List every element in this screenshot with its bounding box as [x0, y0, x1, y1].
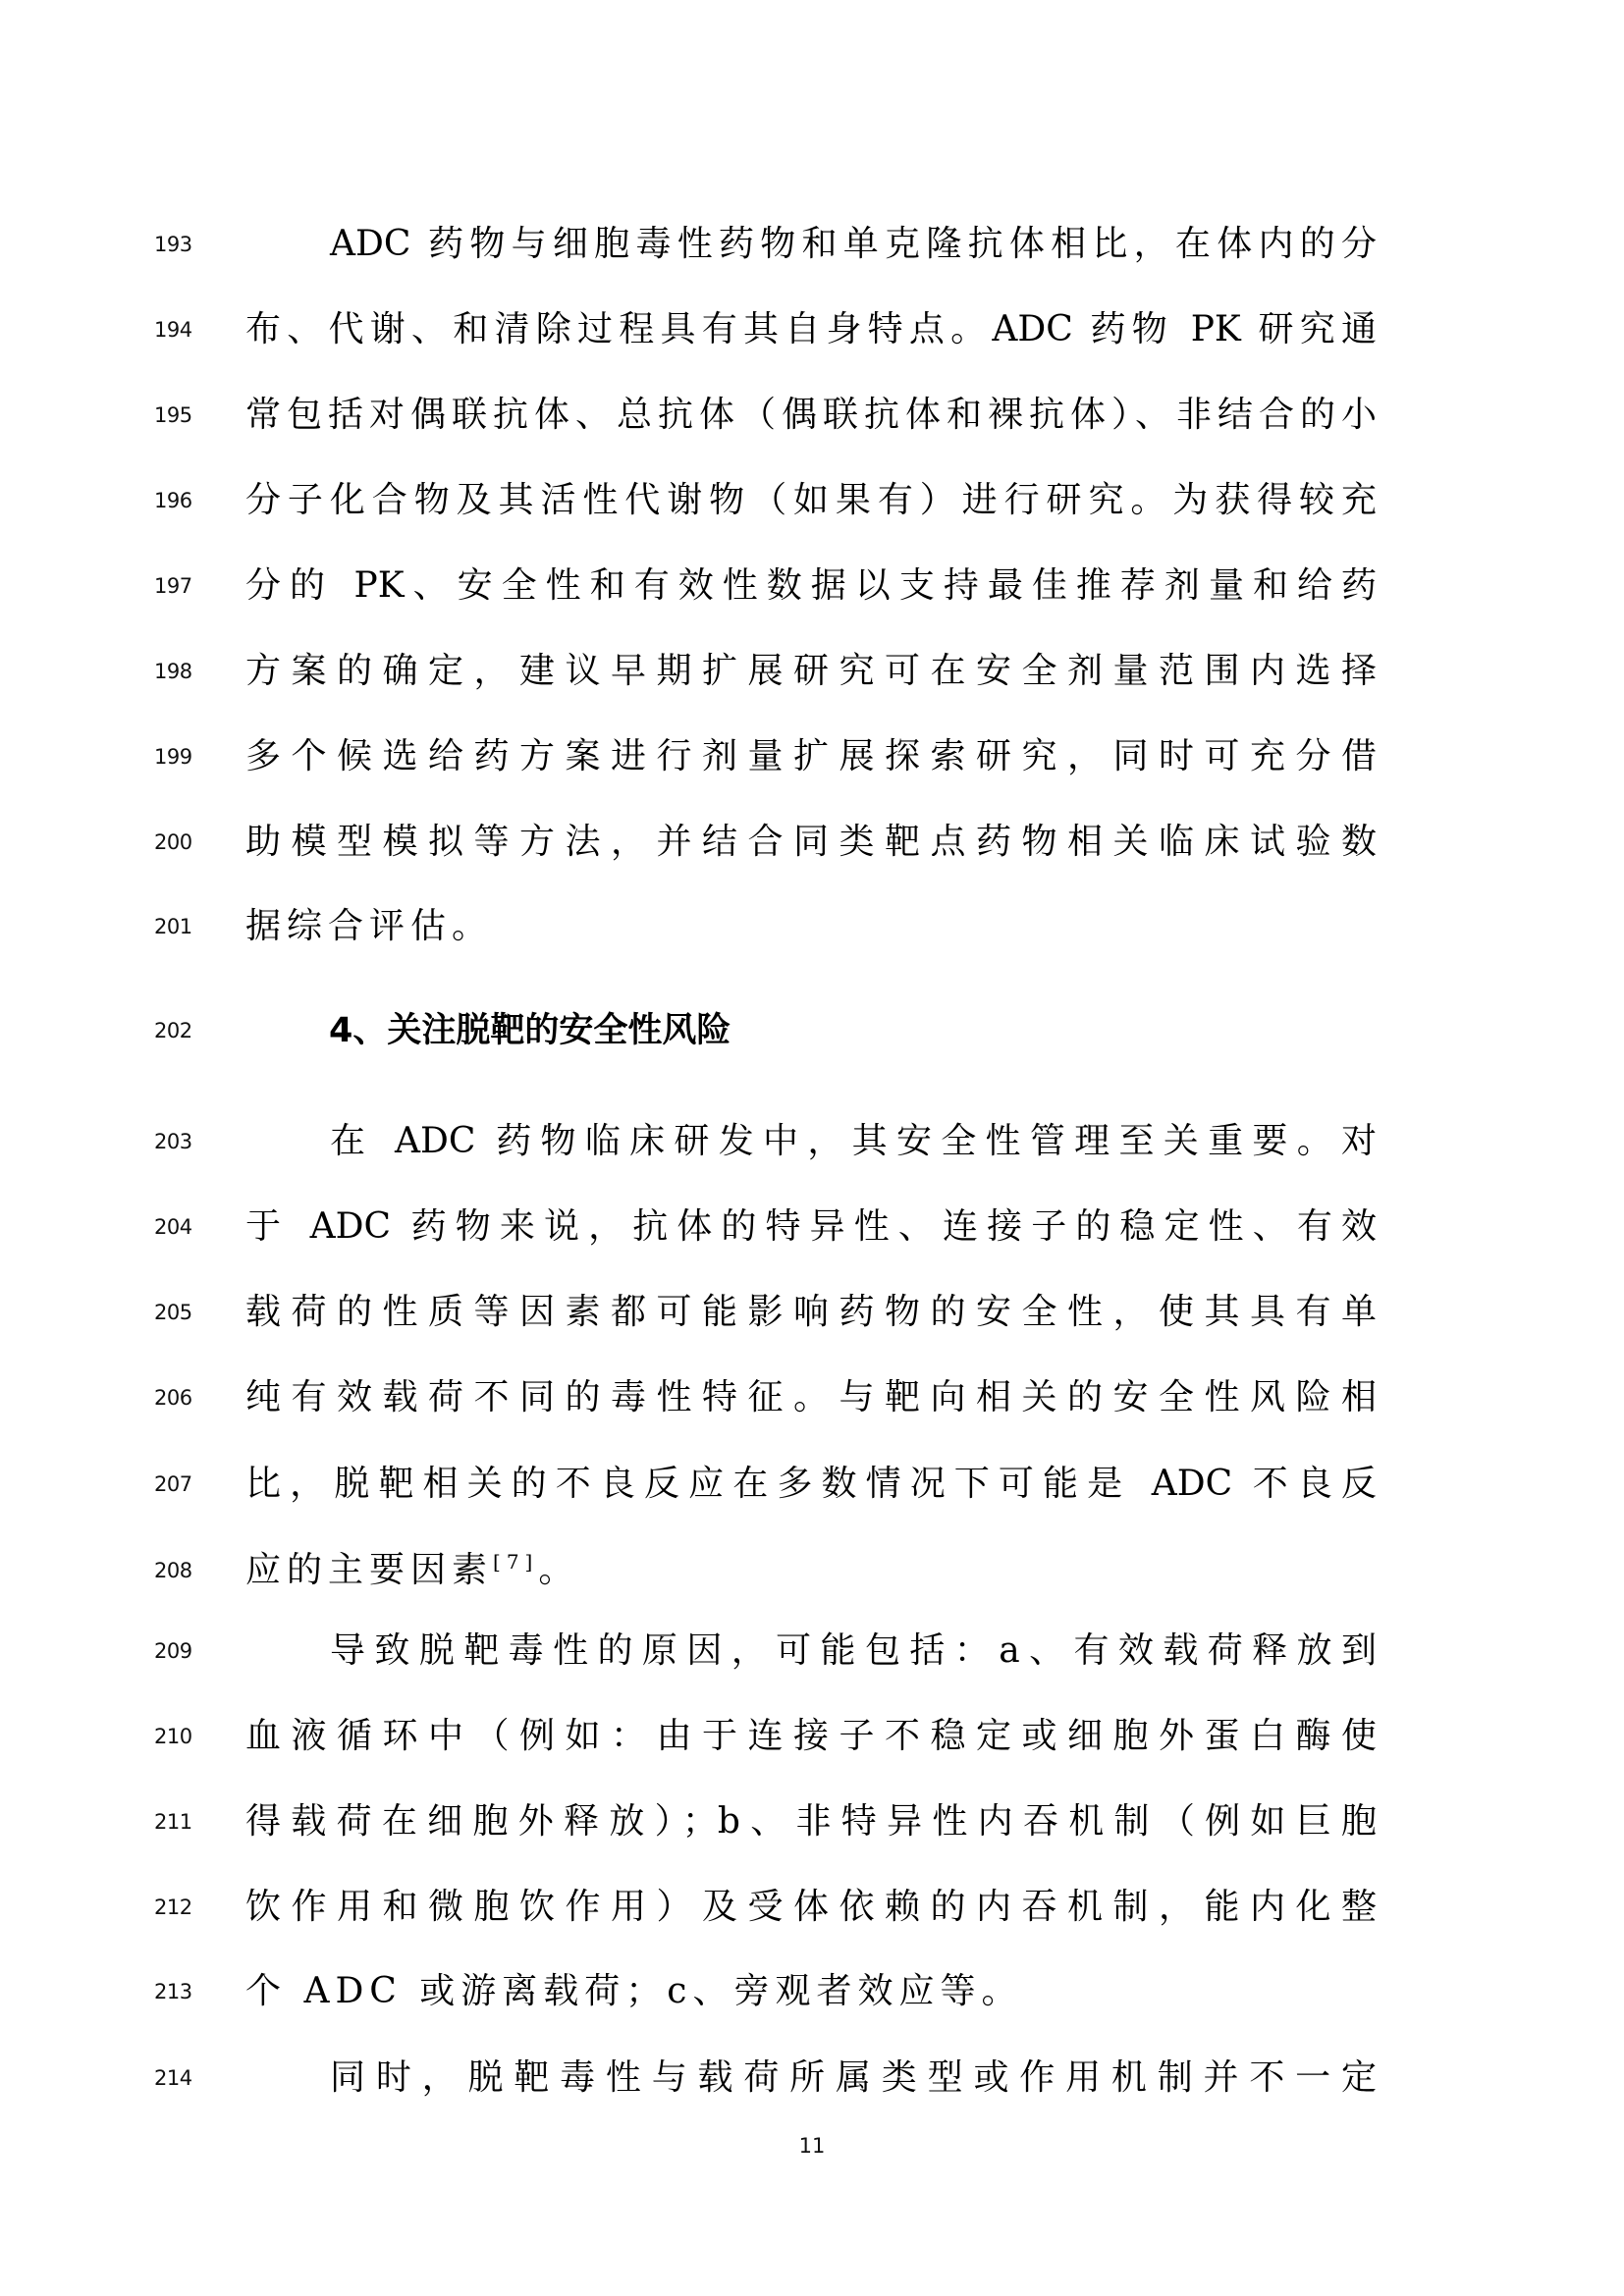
- text-line: 205 载荷的性质等因素都可能影响药物的安全性，使其具有单: [0, 1288, 1624, 1337]
- paragraph-text: 导致脱靶毒性的原因，可能包括：a、有效载荷释放到: [330, 1627, 1377, 1676]
- paragraph-text: 应的主要因素[7]。: [245, 1546, 1377, 1595]
- line-number: 198: [154, 661, 192, 682]
- line-number: 206: [154, 1387, 192, 1409]
- text-line: 213 个 ADC 或游离载荷；c、旁观者效应等。: [0, 1967, 1624, 2016]
- text-line: 198 方案的确定，建议早期扩展研究可在安全剂量范围内选择: [0, 647, 1624, 696]
- line-number: 201: [154, 916, 192, 937]
- text-line: 196 分子化合物及其活性代谢物（如果有）进行研究。为获得较充: [0, 476, 1624, 525]
- line-number: 209: [154, 1640, 192, 1662]
- line-number: 199: [154, 746, 192, 768]
- text-line: 207 比，脱靶相关的不良反应在多数情况下可能是 ADC 不良反: [0, 1460, 1624, 1509]
- text-line: 193 ADC 药物与细胞毒性药物和单克隆抗体相比，在体内的分: [0, 220, 1624, 269]
- text-line: 194 布、代谢、和清除过程具有其自身特点。ADC 药物 PK 研究通: [0, 305, 1624, 354]
- paragraph-text: 同时，脱靶毒性与载荷所属类型或作用机制并不一定: [330, 2054, 1377, 2103]
- line-number: 195: [154, 404, 192, 426]
- paragraph-text: 分子化合物及其活性代谢物（如果有）进行研究。为获得较充: [245, 476, 1377, 525]
- paragraph-text: 饮作用和微胞饮作用）及受体依赖的内吞机制，能内化整: [245, 1883, 1377, 1932]
- line-number: 214: [154, 2067, 192, 2089]
- paragraph-text: 比，脱靶相关的不良反应在多数情况下可能是 ADC 不良反: [245, 1460, 1377, 1509]
- line-number: 193: [154, 234, 192, 255]
- paragraph-text-body: 应的主要因素: [245, 1550, 493, 1590]
- text-line: 203 在 ADC 药物临床研发中，其安全性管理至关重要。对: [0, 1117, 1624, 1166]
- line-number: 208: [154, 1560, 192, 1581]
- paragraph-text: ADC 药物与细胞毒性药物和单克隆抗体相比，在体内的分: [330, 220, 1377, 269]
- line-number: 205: [154, 1302, 192, 1323]
- paragraph-text: 血液循环中（例如：由于连接子不稳定或细胞外蛋白酶使: [245, 1712, 1377, 1761]
- document-page: 193 ADC 药物与细胞毒性药物和单克隆抗体相比，在体内的分 194 布、代谢…: [0, 0, 1624, 2296]
- paragraph-text-tail: 。: [538, 1550, 579, 1590]
- text-line: 211 得载荷在细胞外释放）；b、非特异性内吞机制（例如巨胞: [0, 1797, 1624, 1846]
- line-number: 210: [154, 1726, 192, 1747]
- paragraph-text: 布、代谢、和清除过程具有其自身特点。ADC 药物 PK 研究通: [245, 305, 1377, 354]
- text-line: 201 据综合评估。: [0, 902, 1624, 951]
- paragraph-text: 分的 PK、安全性和有效性数据以支持最佳推荐剂量和给药: [245, 561, 1377, 611]
- text-line: 195 常包括对偶联抗体、总抗体（偶联抗体和裸抗体）、非结合的小: [0, 391, 1624, 440]
- line-number: 202: [154, 1020, 192, 1041]
- paragraph-text: 于 ADC 药物来说，抗体的特异性、连接子的稳定性、有效: [245, 1202, 1377, 1252]
- paragraph-text: 在 ADC 药物临床研发中，其安全性管理至关重要。对: [330, 1117, 1377, 1166]
- line-number: 200: [154, 831, 192, 853]
- text-line: 199 多个候选给药方案进行剂量扩展探索研究，同时可充分借: [0, 732, 1624, 781]
- line-number: 196: [154, 490, 192, 511]
- paragraph-text: 常包括对偶联抗体、总抗体（偶联抗体和裸抗体）、非结合的小: [245, 391, 1377, 440]
- paragraph-text: 多个候选给药方案进行剂量扩展探索研究，同时可充分借: [245, 732, 1377, 781]
- paragraph-text: 得载荷在细胞外释放）；b、非特异性内吞机制（例如巨胞: [245, 1797, 1377, 1846]
- line-number: 213: [154, 1981, 192, 2002]
- text-line: 204 于 ADC 药物来说，抗体的特异性、连接子的稳定性、有效: [0, 1202, 1624, 1252]
- text-line: 212 饮作用和微胞饮作用）及受体依赖的内吞机制，能内化整: [0, 1883, 1624, 1932]
- paragraph-text: 据综合评估。: [245, 902, 1377, 951]
- line-number: 194: [154, 319, 192, 341]
- text-line: 214 同时，脱靶毒性与载荷所属类型或作用机制并不一定: [0, 2054, 1624, 2103]
- text-line: 210 血液循环中（例如：由于连接子不稳定或细胞外蛋白酶使: [0, 1712, 1624, 1761]
- text-line: 200 助模型模拟等方法，并结合同类靶点药物相关临床试验数: [0, 818, 1624, 867]
- text-line: 208 应的主要因素[7]。: [0, 1546, 1624, 1595]
- line-number: 212: [154, 1896, 192, 1918]
- section-heading-line: 202 4、关注脱靶的安全性风险: [0, 1006, 1624, 1055]
- citation-reference[interactable]: [7]: [493, 1550, 538, 1574]
- line-number: 203: [154, 1131, 192, 1152]
- paragraph-text: 方案的确定，建议早期扩展研究可在安全剂量范围内选择: [245, 647, 1377, 696]
- paragraph-text: 个 ADC 或游离载荷；c、旁观者效应等。: [245, 1967, 1377, 2016]
- line-number: 197: [154, 575, 192, 597]
- section-heading: 4、关注脱靶的安全性风险: [329, 1006, 731, 1055]
- line-number: 204: [154, 1216, 192, 1238]
- text-line: 209 导致脱靶毒性的原因，可能包括：a、有效载荷释放到: [0, 1627, 1624, 1676]
- page-number: 11: [0, 2134, 1624, 2158]
- line-number: 211: [154, 1811, 192, 1833]
- paragraph-text: 助模型模拟等方法，并结合同类靶点药物相关临床试验数: [245, 818, 1377, 867]
- paragraph-text: 载荷的性质等因素都可能影响药物的安全性，使其具有单: [245, 1288, 1377, 1337]
- line-number: 207: [154, 1473, 192, 1495]
- text-line: 206 纯有效载荷不同的毒性特征。与靶向相关的安全性风险相: [0, 1373, 1624, 1422]
- text-line: 197 分的 PK、安全性和有效性数据以支持最佳推荐剂量和给药: [0, 561, 1624, 611]
- paragraph-text: 纯有效载荷不同的毒性特征。与靶向相关的安全性风险相: [245, 1373, 1377, 1422]
